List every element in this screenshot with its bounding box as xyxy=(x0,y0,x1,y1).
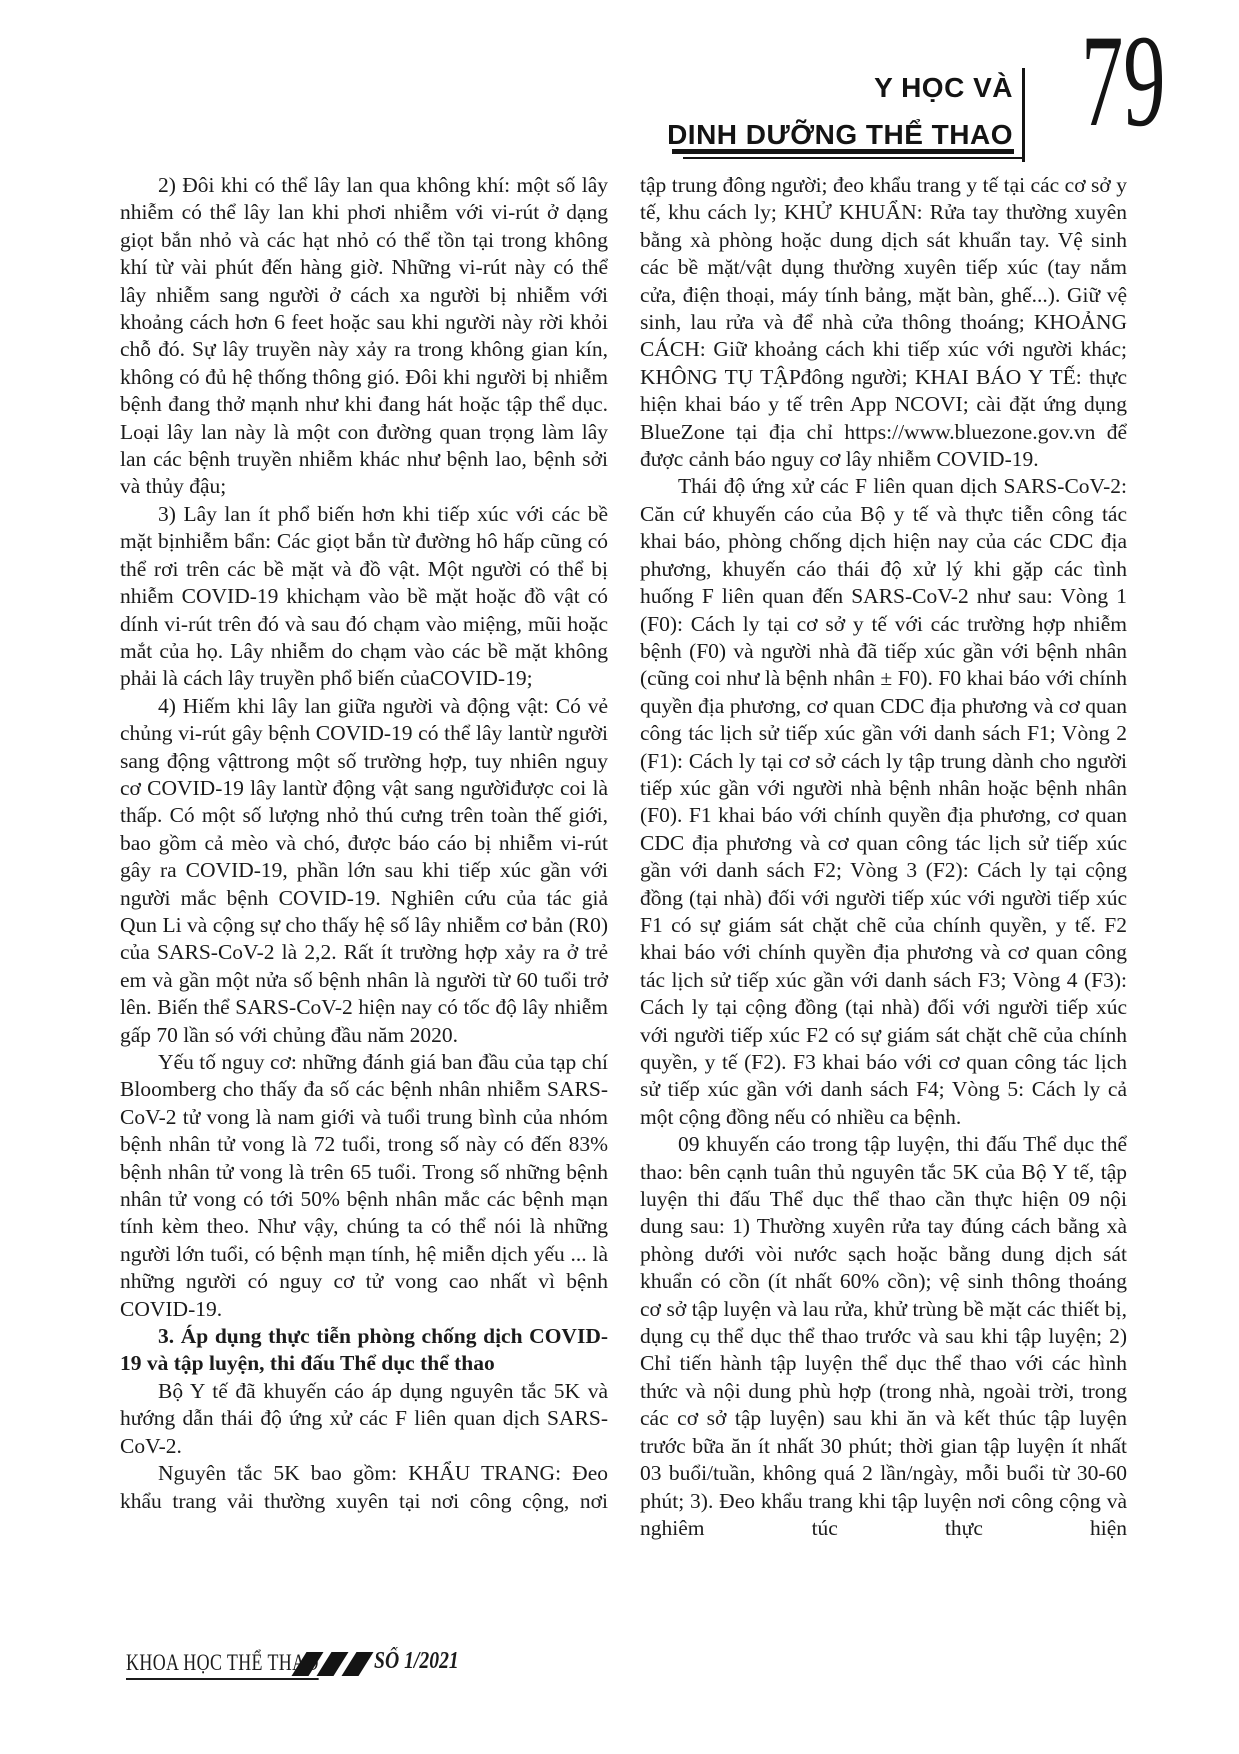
header-underline xyxy=(672,149,1014,154)
section-heading-3: 3. Áp dụng thực tiễn phòng chống dịch CO… xyxy=(120,1323,608,1378)
left-paragraph-5k-mask: Nguyên tắc 5K bao gồm: KHẨU TRANG: Đeo k… xyxy=(120,1460,608,1515)
left-column: 2) Đôi khi có thể lây lan qua không khí:… xyxy=(120,172,608,1515)
footer-issue-number: SỐ 1/2021 xyxy=(374,1648,459,1675)
footer-journal-name: KHOA HỌC THỂ THAO xyxy=(126,1650,319,1680)
diagonal-stripes-logo-icon xyxy=(299,1652,374,1676)
right-column: tập trung đông người; đeo khẩu trang y t… xyxy=(640,172,1127,1542)
left-paragraph-5k-intro: Bộ Y tế đã khuyến cáo áp dụng nguyên tắc… xyxy=(120,1378,608,1460)
page-number: 79 xyxy=(1081,0,1165,170)
right-paragraph-f-levels: Thái độ ứng xử các F liên quan dịch SARS… xyxy=(640,473,1127,1131)
header-underline-shadow xyxy=(683,157,1023,159)
left-paragraph-animals: 4) Hiếm khi lây lan giữa người và động v… xyxy=(120,693,608,1049)
header-section-title-line1: Y HỌC VÀ xyxy=(667,64,1013,111)
left-paragraph-risk-factors: Yếu tố nguy cơ: những đánh giá ban đầu c… xyxy=(120,1049,608,1323)
right-paragraph-09-recommendations: 09 khuyến cáo trong tập luyện, thi đấu T… xyxy=(640,1131,1127,1542)
logo-stripe xyxy=(342,1652,374,1676)
header-divider xyxy=(1022,68,1025,162)
left-paragraph-surfaces: 3) Lây lan ít phổ biến hơn khi tiếp xúc … xyxy=(120,501,608,693)
journal-page: Y HỌC VÀ DINH DƯỠNG THỂ THAO 79 2) Đôi k… xyxy=(0,0,1239,1754)
right-paragraph-5k-continued: tập trung đông người; đeo khẩu trang y t… xyxy=(640,172,1127,473)
header-section-title: Y HỌC VÀ DINH DƯỠNG THỂ THAO xyxy=(667,64,1013,158)
left-paragraph-airborne: 2) Đôi khi có thể lây lan qua không khí:… xyxy=(120,172,608,501)
